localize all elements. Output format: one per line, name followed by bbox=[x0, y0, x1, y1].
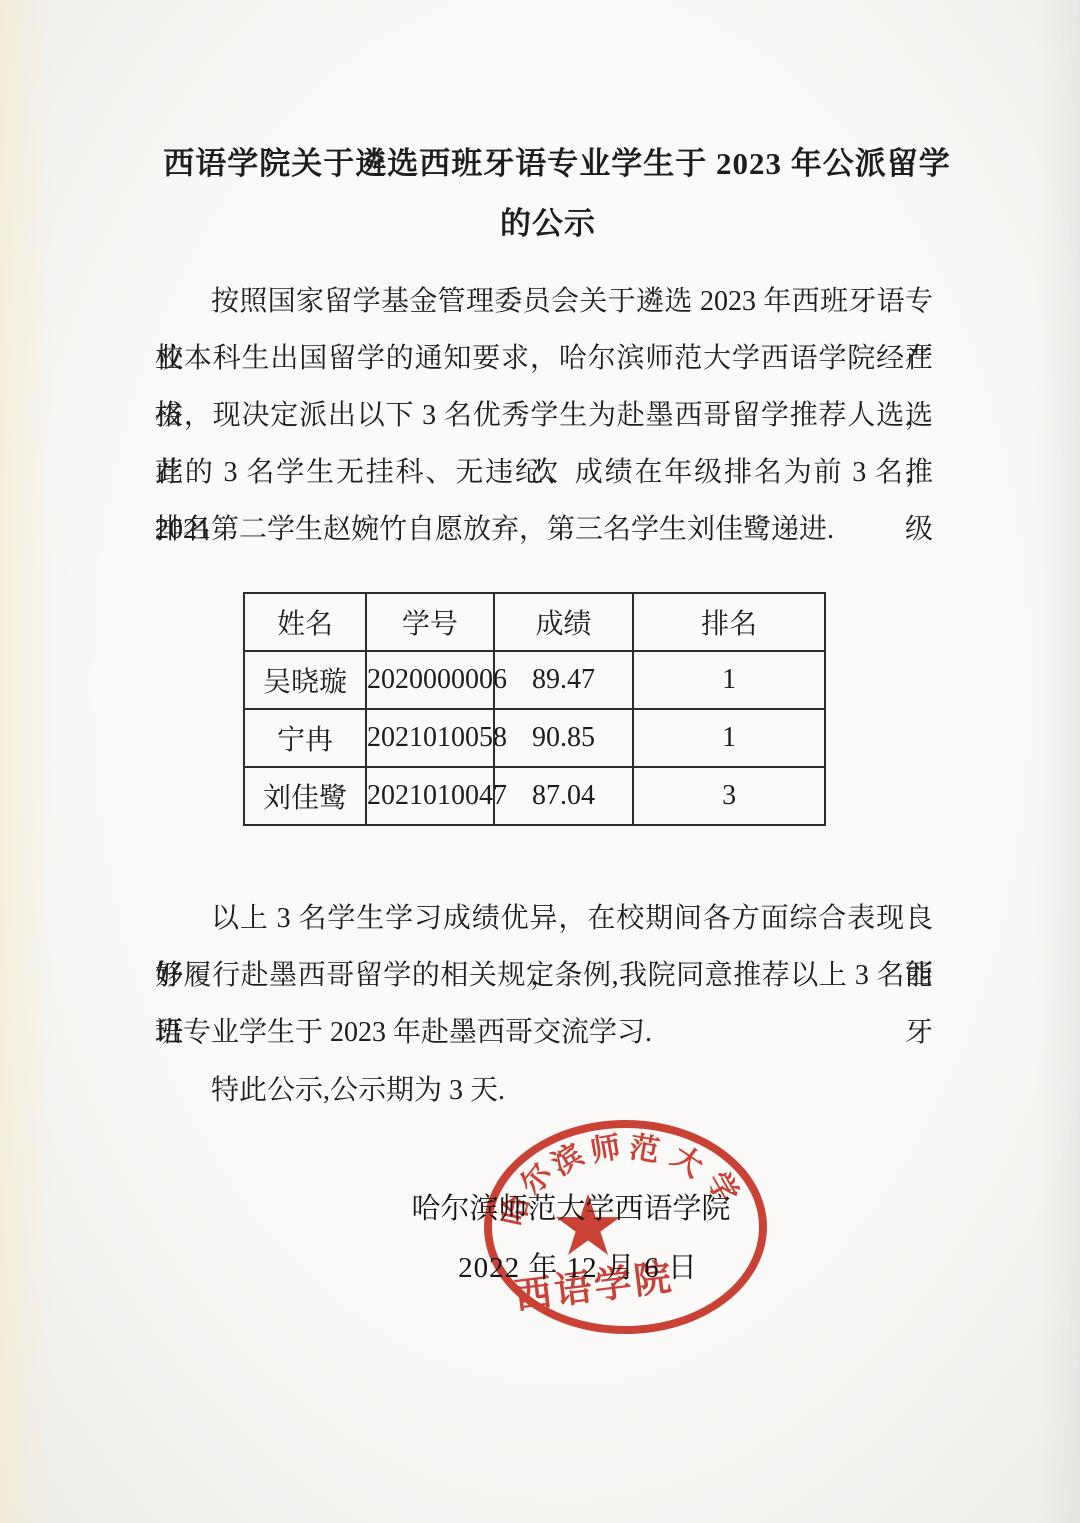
paragraph-line: 拔，现决定派出以下 3 名优秀学生为赴墨西哥留学推荐人选，此次推 bbox=[155, 387, 933, 444]
column-header-student-id: 学号 bbox=[366, 593, 494, 651]
cell-rank: 3 bbox=[633, 767, 825, 825]
paragraph-line: 够履行赴墨西哥留学的相关规定条例,我院同意推荐以上 3 名西班牙 bbox=[155, 947, 933, 1004]
cell-name: 宁冉 bbox=[244, 709, 366, 767]
paragraph-line: 排名第二学生赵婉竹自愿放弃，第三名学生刘佳鹭递进. bbox=[155, 501, 933, 558]
cell-name: 刘佳鹭 bbox=[244, 767, 366, 825]
seal-arc-char: 范 bbox=[626, 1122, 663, 1171]
cell-rank: 1 bbox=[633, 709, 825, 767]
cell-score: 87.04 bbox=[494, 767, 633, 825]
table-row: 吴晓璇 2020000006 89.47 1 bbox=[244, 651, 825, 709]
cell-student-id: 2020000006 bbox=[366, 651, 494, 709]
seal-arc-char: 大 bbox=[664, 1132, 713, 1185]
column-header-score: 成绩 bbox=[494, 593, 633, 651]
issuer-signature: 哈尔滨师范大学西语学院 bbox=[411, 1186, 730, 1227]
announcement-document: 西语学院关于遴选西班牙语专业学生于 2023 年公派留学 的公示 按照国家留学基… bbox=[0, 0, 1080, 1523]
cell-score: 89.47 bbox=[494, 651, 633, 709]
table-row: 刘佳鹭 2021010047 87.04 3 bbox=[244, 767, 825, 825]
document-title-line-1: 西语学院关于遴选西班牙语专业学生于 2023 年公派留学 bbox=[163, 138, 951, 183]
paragraph-line: 以上 3 名学生学习成绩优异，在校期间各方面综合表现良好，能 bbox=[155, 890, 933, 947]
official-seal-stamp: 哈 尔 滨 师 范 大 学 ★ 西语学院 bbox=[484, 1120, 767, 1334]
table-header-row: 姓名 学号 成绩 排名 bbox=[244, 593, 825, 651]
closing-statement: 特此公示,公示期为 3 天. bbox=[155, 1062, 933, 1119]
cell-name: 吴晓璇 bbox=[244, 651, 366, 709]
issue-date: 2022 年 12 月 6 日 bbox=[458, 1245, 698, 1286]
cell-score: 90.85 bbox=[494, 709, 633, 767]
paragraph-conclusion: 以上 3 名学生学习成绩优异，在校期间各方面综合表现良好，能 够履行赴墨西哥留学… bbox=[155, 890, 933, 1061]
column-header-rank: 排名 bbox=[633, 593, 825, 651]
table-row: 宁冉 2021010058 90.85 1 bbox=[244, 709, 825, 767]
paragraph-line: 荐的 3 名学生无挂科、无违纪、成绩在年级排名为前 3 名，2021 级 bbox=[155, 444, 933, 501]
document-title-line-2: 的公示 bbox=[500, 198, 596, 243]
cell-student-id: 2021010058 bbox=[366, 709, 494, 767]
cell-student-id: 2021010047 bbox=[366, 767, 494, 825]
column-header-name: 姓名 bbox=[244, 593, 366, 651]
paragraph-intro: 按照国家留学基金管理委员会关于遴选 2023 年西班牙语专业在 校本科生出国留学… bbox=[155, 273, 933, 558]
paragraph-line: 按照国家留学基金管理委员会关于遴选 2023 年西班牙语专业在 bbox=[155, 273, 933, 330]
paragraph-line: 校本科生出国留学的通知要求，哈尔滨师范大学西语学院经严格选 bbox=[155, 330, 933, 387]
cell-rank: 1 bbox=[633, 651, 825, 709]
students-table: 姓名 学号 成绩 排名 吴晓璇 2020000006 89.47 1 宁冉 20… bbox=[243, 592, 826, 826]
seal-arc-char: 师 bbox=[586, 1122, 623, 1171]
